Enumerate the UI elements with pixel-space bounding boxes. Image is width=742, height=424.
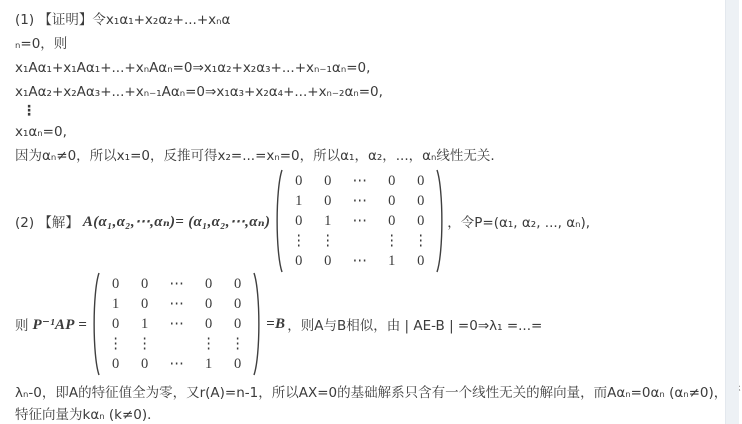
matrix-cell: 0 bbox=[295, 213, 302, 230]
matrix-cell: 1 bbox=[324, 213, 331, 230]
proof-equation-2-text: x₁Aα₂+x₂Aα₃+...+xₙ₋₁Aαₙ=0⇒x₁α₃+x₂α₄+...+… bbox=[15, 84, 383, 100]
proof-line-2: ₙ=0，则 bbox=[15, 32, 708, 56]
matrix-cell: 0 bbox=[205, 276, 212, 293]
matrix-cell: 0 bbox=[112, 276, 119, 293]
proof-equation-1-text: x₁Aα₁+x₁Aα₁+...+xₙAαₙ=0⇒x₁α₂+x₂α₃+...+xₙ… bbox=[15, 60, 370, 76]
solution-page: (1) 【证明】令x₁α₁+x₂α₂+...+xₙα ₙ=0，则 x₁Aα₁+x… bbox=[0, 0, 742, 424]
matrix-cell: 0 bbox=[324, 193, 331, 210]
matrix-cell: ⋮ bbox=[108, 336, 123, 353]
matrix-cell: 0 bbox=[388, 173, 395, 190]
proof-conclusion: 因为αₙ≠0，所以x₁=0，反推可得x₂=...=xₙ=0，所以α₁，α₂，..… bbox=[15, 144, 708, 168]
matrix-cell: 0 bbox=[234, 316, 241, 333]
conclusion-line-1: λₙ-0，即A的特征值全为零，又r(A)=n-1，所以AX=0的基础解系只含有一… bbox=[15, 382, 708, 404]
matrix-cell: ⋯ bbox=[169, 356, 184, 373]
left-paren-icon bbox=[274, 169, 283, 273]
matrix-cell: 0 bbox=[388, 213, 395, 230]
matrix-cell: ⋮ bbox=[230, 336, 245, 353]
solve-suffix: ，令P=(α₁, α₂, ..., αₙ), bbox=[447, 211, 590, 231]
matrix-cell: 0 bbox=[417, 213, 424, 230]
matrix-cell: ⋮ bbox=[321, 233, 336, 250]
proof-line-2-text: ₙ=0，则 bbox=[15, 36, 67, 52]
matrix-cell: ⋮ bbox=[137, 336, 152, 353]
matrix-cell: 0 bbox=[417, 193, 424, 210]
matrix-cell: ⋯ bbox=[169, 296, 184, 313]
matrix-cell: ⋮ bbox=[414, 233, 429, 250]
scrollbar-track[interactable] bbox=[725, 0, 739, 424]
solve-prefix: (2) 【解】 bbox=[15, 211, 79, 231]
conclusion-line-2: 特征向量为kαₙ (k≠0)． bbox=[15, 404, 708, 424]
matrix-cell: 0 bbox=[417, 253, 424, 270]
matrix-a: 00⋯00 10⋯00 01⋯00 ⋮⋮⋮⋮ 00⋯10 bbox=[274, 169, 445, 273]
matrix-cell: ⋯ bbox=[353, 193, 368, 210]
matrix-cell: 0 bbox=[112, 316, 119, 333]
proof-line-1-text: (1) 【证明】令x₁α₁+x₂α₂+...+xₙα bbox=[15, 12, 230, 28]
matrix-cell: ⋮ bbox=[201, 336, 216, 353]
proof-equation-1: x₁Aα₁+x₁Aα₁+...+xₙAαₙ=0⇒x₁α₂+x₂α₃+...+xₙ… bbox=[15, 56, 708, 80]
matrix-cell: 0 bbox=[234, 276, 241, 293]
matrix-cell: 0 bbox=[295, 173, 302, 190]
vertical-ellipsis: ⋮ bbox=[15, 104, 708, 120]
matrix-b-grid: 00⋯00 10⋯00 01⋯00 ⋮⋮⋮⋮ 00⋯10 bbox=[100, 274, 253, 374]
matrix-cell: 0 bbox=[205, 316, 212, 333]
matrix-cell: ⋯ bbox=[353, 213, 368, 230]
matrix-cell: 1 bbox=[295, 193, 302, 210]
similarity-row: 则 P⁻¹AP = 00⋯00 10⋯00 01⋯00 ⋮⋮⋮⋮ 00⋯10 =… bbox=[15, 274, 708, 374]
proof-conclusion-text: 因为αₙ≠0，所以x₁=0，反推可得x₂=...=xₙ=0，所以α₁，α₂，..… bbox=[15, 148, 495, 164]
matrix-cell: ⋯ bbox=[169, 276, 184, 293]
vertical-ellipsis-glyph: ⋮ bbox=[22, 103, 36, 119]
right-paren-icon bbox=[253, 272, 262, 376]
matrix-cell: 0 bbox=[324, 173, 331, 190]
solve-row: (2) 【解】 A(α₁,α₂,⋯,αₙ)= (α₁,α₂,⋯,αₙ) 00⋯0… bbox=[15, 168, 708, 274]
matrix-cell: 1 bbox=[112, 296, 119, 313]
solve-equation-lhs: A(α₁,α₂,⋯,αₙ)= (α₁,α₂,⋯,αₙ) bbox=[83, 212, 270, 231]
left-paren-icon bbox=[91, 272, 100, 376]
matrix-cell: ⋮ bbox=[292, 233, 307, 250]
matrix-cell: ⋮ bbox=[385, 233, 400, 250]
matrix-cell: 0 bbox=[295, 253, 302, 270]
matrix-cell: 1 bbox=[205, 356, 212, 373]
right-paren-icon bbox=[436, 169, 445, 273]
matrix-cell: 1 bbox=[388, 253, 395, 270]
proof-equation-3: x₁αₙ=0, bbox=[15, 120, 708, 144]
similarity-suffix: ，则A与B相似，由 | AE-B | =0⇒λ₁ =...= bbox=[287, 314, 542, 334]
conclusion-line-2-text: 特征向量为kαₙ (k≠0)． bbox=[15, 407, 161, 423]
proof-equation-2: x₁Aα₂+x₂Aα₃+...+xₙ₋₁Aαₙ=0⇒x₁α₃+x₂α₄+...+… bbox=[15, 80, 708, 104]
matrix-cell: 0 bbox=[141, 296, 148, 313]
matrix-b: 00⋯00 10⋯00 01⋯00 ⋮⋮⋮⋮ 00⋯10 bbox=[91, 272, 262, 376]
matrix-cell: ⋯ bbox=[353, 173, 368, 190]
matrix-cell: 0 bbox=[234, 356, 241, 373]
proof-line-1: (1) 【证明】令x₁α₁+x₂α₂+...+xₙα bbox=[15, 8, 708, 32]
matrix-cell: 0 bbox=[324, 253, 331, 270]
matrix-cell: 0 bbox=[141, 356, 148, 373]
matrix-cell: ⋯ bbox=[169, 316, 184, 333]
matrix-cell: 0 bbox=[205, 296, 212, 313]
matrix-cell: 0 bbox=[234, 296, 241, 313]
similarity-prefix: 则 bbox=[15, 314, 29, 334]
matrix-cell: 1 bbox=[141, 316, 148, 333]
matrix-cell: 0 bbox=[417, 173, 424, 190]
proof-equation-3-text: x₁αₙ=0, bbox=[15, 124, 67, 140]
matrix-cell: 0 bbox=[388, 193, 395, 210]
matrix-cell: 0 bbox=[112, 356, 119, 373]
matrix-cell: 0 bbox=[141, 276, 148, 293]
matrix-cell: ⋯ bbox=[353, 253, 368, 270]
similarity-lhs: P⁻¹AP = bbox=[33, 315, 88, 334]
similarity-equals-b: =B bbox=[266, 316, 285, 333]
conclusion-line-1-text: λₙ-0，即A的特征值全为零，又r(A)=n-1，所以AX=0的基础解系只含有一… bbox=[15, 385, 742, 401]
matrix-a-grid: 00⋯00 10⋯00 01⋯00 ⋮⋮⋮⋮ 00⋯10 bbox=[283, 171, 436, 271]
